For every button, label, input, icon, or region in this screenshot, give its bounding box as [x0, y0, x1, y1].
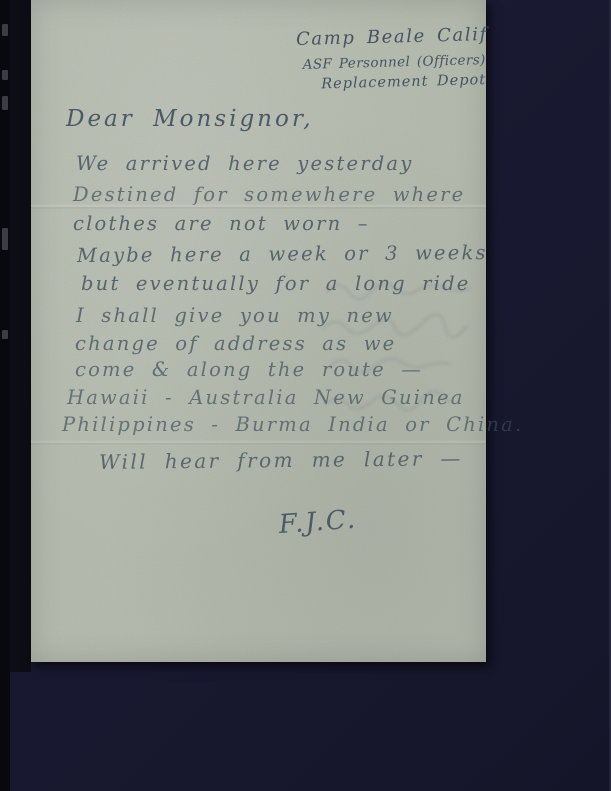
film-edge-notch — [2, 228, 8, 250]
letterhead-line-unit: ASF Personnel (Officers) — [303, 52, 486, 73]
paper-grain-texture — [31, 0, 486, 662]
body-line: Maybe here a week or 3 weeks — [77, 241, 488, 267]
body-line: Destined for somewhere where — [73, 183, 465, 206]
letterhead: Camp Beale Calif ASF Personnel (Officers… — [31, 0, 486, 6]
film-edge-strip — [0, 0, 10, 791]
letterhead-line-depot: Replacement Depot — [321, 72, 486, 92]
film-edge-notch — [2, 70, 8, 80]
body-line: but eventually for a long ride — [81, 272, 471, 295]
signature-initials: F.J.C. — [278, 505, 358, 540]
letter-sheet: Camp Beale Calif ASF Personnel (Officers… — [31, 0, 486, 662]
body-line: Philippines - Burma India or China. — [62, 413, 523, 436]
body-line: change of address as we — [75, 332, 396, 355]
body-line: clothes are not worn – — [73, 212, 370, 235]
body-line: I shall give you my new — [76, 304, 394, 327]
film-edge-notch — [2, 96, 8, 110]
body-line: Hawaii - Australia New Guinea — [67, 386, 465, 409]
film-edge-notch — [2, 330, 8, 339]
body-line: We arrived here yesterday — [76, 152, 413, 175]
salutation: Dear Monsignor, — [66, 106, 314, 132]
body-line: come & along the route — — [75, 358, 423, 381]
closing-line: Will hear from me later — — [99, 446, 463, 474]
letterhead-line-camp: Camp Beale Calif — [296, 24, 488, 50]
film-edge-notch — [2, 24, 8, 36]
paper-fold-crease — [31, 440, 486, 445]
